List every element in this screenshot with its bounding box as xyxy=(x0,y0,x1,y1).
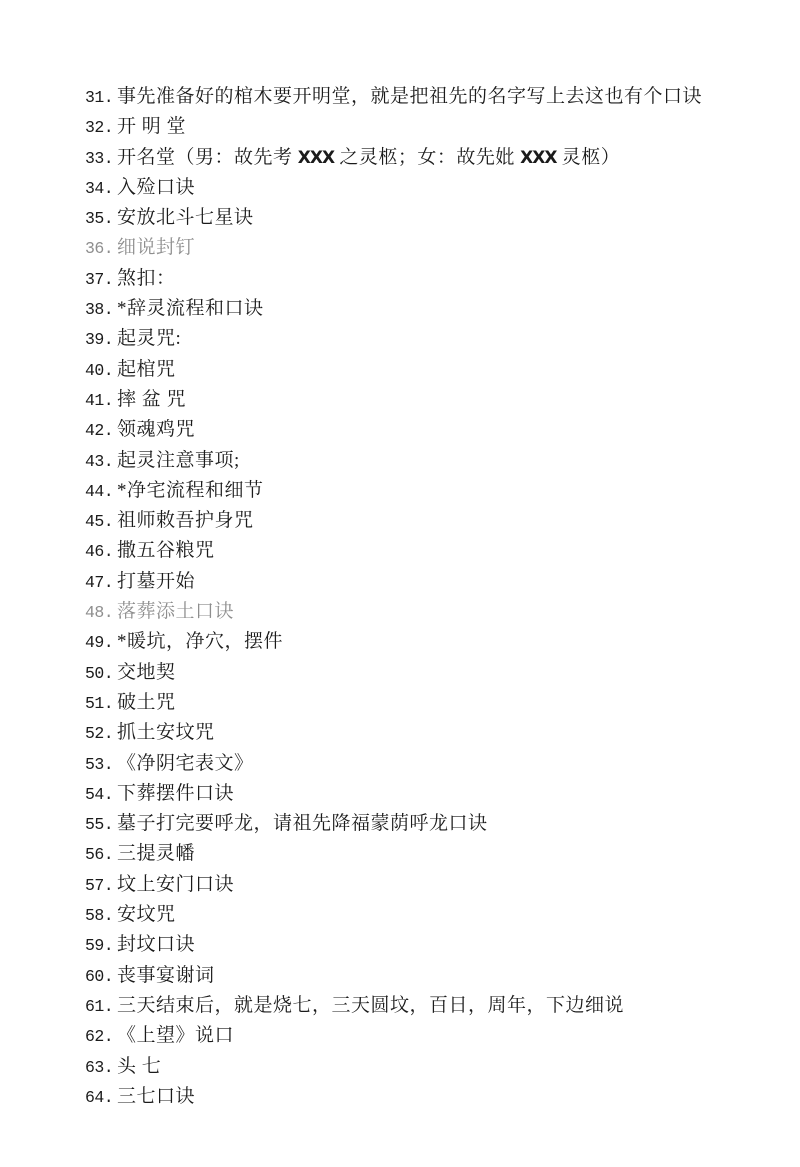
item-number: 50. xyxy=(85,664,117,683)
item-number: 46. xyxy=(85,542,117,561)
list-item: 33.开名堂（男：故先考 XXX 之灵柩；女：故先妣 XXX 灵柩） xyxy=(85,142,770,172)
list-item: 52.抓土安坟咒 xyxy=(85,717,770,747)
item-text: 《净阴宅表文》 xyxy=(117,748,254,775)
list-item: 64.三七口诀 xyxy=(85,1081,770,1111)
list-item: 48.落葬添土口诀 xyxy=(85,596,770,626)
item-number: 57. xyxy=(85,876,117,895)
ordered-list: 31.事先准备好的棺木要开明堂，就是把祖先的名字写上去这也有个口诀32.开 明 … xyxy=(85,81,770,1111)
item-text: 三提灵幡 xyxy=(117,838,195,865)
item-number: 34. xyxy=(85,179,117,198)
item-number: 41. xyxy=(85,391,117,410)
item-text: 事先准备好的棺木要开明堂，就是把祖先的名字写上去这也有个口诀 xyxy=(117,81,702,108)
list-item: 53.《净阴宅表文》 xyxy=(85,748,770,778)
item-text: 封坟口诀 xyxy=(117,929,195,956)
item-number: 47. xyxy=(85,573,117,592)
item-text: 摔 盆 咒 xyxy=(117,384,186,411)
list-item: 36.细说封钉 xyxy=(85,232,770,262)
list-item: 60.丧事宴谢词 xyxy=(85,960,770,990)
item-number: 31. xyxy=(85,88,117,107)
name-placeholder-bold: XXX xyxy=(298,148,334,168)
item-text: 落葬添土口诀 xyxy=(117,596,234,623)
item-number: 42. xyxy=(85,421,117,440)
item-text: 抓土安坟咒 xyxy=(117,717,215,744)
list-item: 62.《上望》说口 xyxy=(85,1020,770,1050)
item-text: 破土咒 xyxy=(117,687,176,714)
list-item: 40.起棺咒 xyxy=(85,354,770,384)
item-text: 三七口诀 xyxy=(117,1081,195,1108)
list-item: 50.交地契 xyxy=(85,657,770,687)
item-number: 40. xyxy=(85,361,117,380)
list-item: 58.安坟咒 xyxy=(85,899,770,929)
item-text: 交地契 xyxy=(117,657,176,684)
item-number: 36. xyxy=(85,239,117,258)
list-item: 46.撒五谷粮咒 xyxy=(85,535,770,565)
document-page: 31.事先准备好的棺木要开明堂，就是把祖先的名字写上去这也有个口诀32.开 明 … xyxy=(0,0,800,1167)
list-item: 49.*暖坑，净穴，摆件 xyxy=(85,626,770,656)
item-number: 56. xyxy=(85,845,117,864)
list-item: 54.下葬摆件口诀 xyxy=(85,778,770,808)
item-text: 安坟咒 xyxy=(117,899,176,926)
item-text: *暖坑，净穴，摆件 xyxy=(117,626,283,653)
list-item: 63.头 七 xyxy=(85,1051,770,1081)
item-number: 52. xyxy=(85,724,117,743)
item-number: 62. xyxy=(85,1027,117,1046)
list-item: 31.事先准备好的棺木要开明堂，就是把祖先的名字写上去这也有个口诀 xyxy=(85,81,770,111)
list-item: 61.三天结束后，就是烧七，三天圆坟，百日，周年，下边细说 xyxy=(85,990,770,1020)
item-text: 起灵注意事项; xyxy=(117,445,240,472)
item-text: *净宅流程和细节 xyxy=(117,475,264,502)
list-item: 34.入殓口诀 xyxy=(85,172,770,202)
item-number: 60. xyxy=(85,967,117,986)
item-number: 35. xyxy=(85,209,117,228)
list-item: 41.摔 盆 咒 xyxy=(85,384,770,414)
item-text: 《上望》说口 xyxy=(117,1020,234,1047)
item-text: 开名堂（男：故先考 XXX 之灵柩；女：故先妣 XXX 灵柩） xyxy=(117,142,620,169)
item-number: 38. xyxy=(85,300,117,319)
list-item: 43.起灵注意事项; xyxy=(85,445,770,475)
item-text: 下葬摆件口诀 xyxy=(117,778,234,805)
item-text: 撒五谷粮咒 xyxy=(117,535,215,562)
item-number: 59. xyxy=(85,936,117,955)
item-text: 墓子打完要呼龙，请祖先降福蒙荫呼龙口诀 xyxy=(117,808,488,835)
item-text: 入殓口诀 xyxy=(117,172,195,199)
item-number: 48. xyxy=(85,603,117,622)
list-item: 32.开 明 堂 xyxy=(85,111,770,141)
item-number: 45. xyxy=(85,512,117,531)
item-number: 53. xyxy=(85,755,117,774)
item-number: 58. xyxy=(85,906,117,925)
item-number: 64. xyxy=(85,1088,117,1107)
list-item: 47.打墓开始 xyxy=(85,566,770,596)
list-item: 37.煞扣： xyxy=(85,263,770,293)
item-number: 61. xyxy=(85,997,117,1016)
item-text: 起棺咒 xyxy=(117,354,176,381)
list-item: 45.祖师敕吾护身咒 xyxy=(85,505,770,535)
item-text: 祖师敕吾护身咒 xyxy=(117,505,254,532)
item-text: 开 明 堂 xyxy=(117,111,186,138)
list-item: 55.墓子打完要呼龙，请祖先降福蒙荫呼龙口诀 xyxy=(85,808,770,838)
list-item: 56.三提灵幡 xyxy=(85,838,770,868)
item-text: 领魂鸡咒 xyxy=(117,414,195,441)
item-text: 三天结束后，就是烧七，三天圆坟，百日，周年，下边细说 xyxy=(117,990,624,1017)
item-number: 32. xyxy=(85,118,117,137)
item-text: 煞扣： xyxy=(117,263,176,290)
list-item: 51.破土咒 xyxy=(85,687,770,717)
item-number: 51. xyxy=(85,694,117,713)
item-number: 33. xyxy=(85,149,117,168)
name-placeholder-bold: XXX xyxy=(520,148,556,168)
item-text: 安放北斗七星诀 xyxy=(117,202,254,229)
item-text: *辞灵流程和口诀 xyxy=(117,293,264,320)
list-item: 59.封坟口诀 xyxy=(85,929,770,959)
item-text: 打墓开始 xyxy=(117,566,195,593)
list-item: 38.*辞灵流程和口诀 xyxy=(85,293,770,323)
item-text: 起灵咒: xyxy=(117,323,181,350)
item-text: 细说封钉 xyxy=(117,232,195,259)
item-number: 54. xyxy=(85,785,117,804)
list-item: 42.领魂鸡咒 xyxy=(85,414,770,444)
list-item: 44.*净宅流程和细节 xyxy=(85,475,770,505)
item-number: 44. xyxy=(85,482,117,501)
item-number: 55. xyxy=(85,815,117,834)
list-item: 35.安放北斗七星诀 xyxy=(85,202,770,232)
item-number: 49. xyxy=(85,633,117,652)
item-number: 63. xyxy=(85,1058,117,1077)
item-number: 37. xyxy=(85,270,117,289)
item-number: 43. xyxy=(85,452,117,471)
item-text: 坟上安门口诀 xyxy=(117,869,234,896)
item-number: 39. xyxy=(85,330,117,349)
item-text: 丧事宴谢词 xyxy=(117,960,215,987)
item-text: 头 七 xyxy=(117,1051,161,1078)
list-item: 57.坟上安门口诀 xyxy=(85,869,770,899)
list-item: 39.起灵咒: xyxy=(85,323,770,353)
